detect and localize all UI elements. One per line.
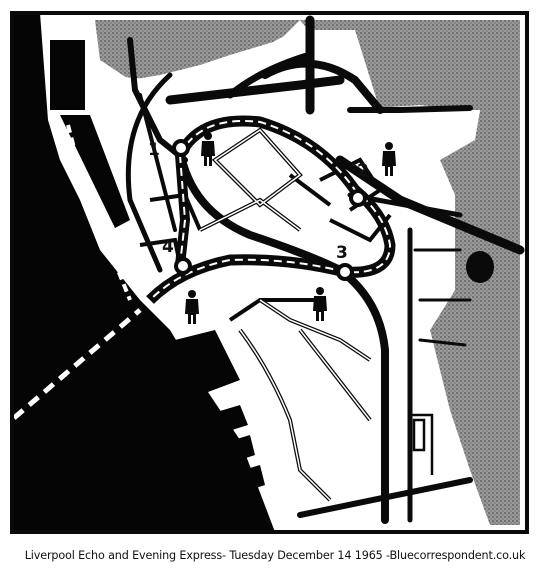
caption: Liverpool Echo and Evening Express- Tues… [0, 549, 550, 562]
map-area: 1 2 3 4 [0, 0, 550, 540]
marker-1: 1 [148, 140, 160, 160]
landmark-blob [466, 251, 494, 283]
marker-2: 2 [357, 161, 369, 181]
marker-4: 4 [162, 237, 174, 257]
marker-3: 3 [336, 243, 348, 263]
